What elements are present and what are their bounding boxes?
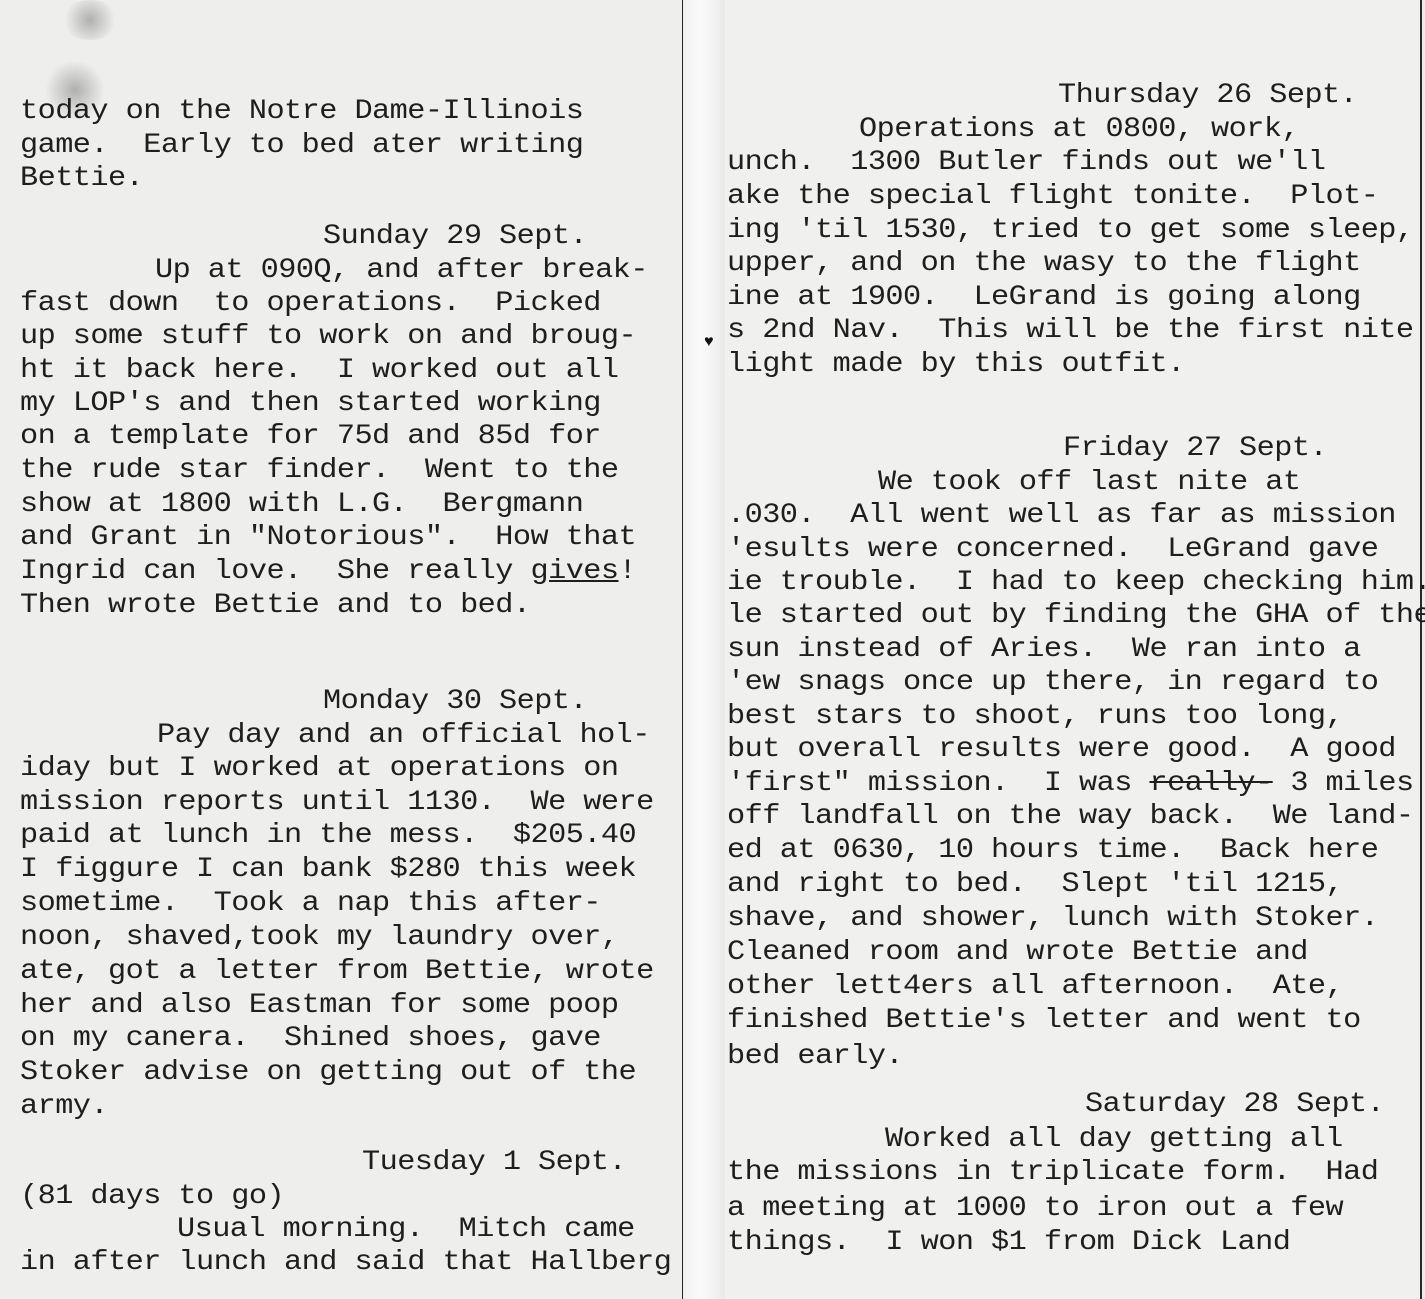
line-text: best stars to shoot, runs too long, [727,701,1343,732]
line-text: and right to bed. Slept 'til 1215, [727,869,1343,900]
left-page-line: on my canera. Shined shoes, gave [20,1022,601,1055]
line-text: I figgure I can bank $280 this week [20,854,636,885]
line-text: the rude star finder. Went to the [20,455,619,486]
left-page-line: Pay day and an official hol- [157,719,650,752]
right-page-line: off landfall on the way back. We land- [727,800,1414,833]
right-page-line: Cleaned room and wrote Bettie and [727,936,1308,969]
right-page-line: We took off last nite at [878,466,1300,499]
line-text: things. I won $1 from Dick Land [727,1227,1290,1258]
line-text: and Grant in "Notorious". How that [20,522,636,553]
line-text: (81 days to go) [20,1181,284,1212]
line-text: other lett4ers all afternoon. Ate, [727,971,1343,1002]
line-text: Thursday 26 Sept. [1058,80,1357,111]
line-text: Then wrote Bettie and to bed. [20,590,530,621]
left-page-line: Usual morning. Mitch came [177,1213,635,1246]
left-page-line: army. [20,1090,108,1123]
left-page-line: my LOP's and then started working [20,387,601,420]
left-page-line: Tuesday 1 Sept. [362,1146,626,1179]
right-page-line: shave, and shower, lunch with Stoker. [727,902,1378,935]
line-text: Monday 30 Sept. [323,686,587,717]
line-text: game. Early to bed ater writing [20,130,583,161]
left-page-line: (81 days to go) [20,1180,284,1213]
right-page-line: best stars to shoot, runs too long, [727,700,1343,733]
right-page-line: light made by this outfit. [727,348,1185,381]
line-text: up some stuff to work on and broug- [20,321,636,352]
right-page-line: bed early. [727,1040,903,1073]
right-page-line: ake the special flight tonite. Plot- [727,180,1378,213]
line-text: .030. All went well as far as mission [727,500,1396,531]
line-text: mission reports until 1130. We were [20,787,654,818]
line-text: iday but I worked at operations on [20,753,619,784]
line-text: Friday 27 Sept. [1063,433,1327,464]
left-page-line: in after lunch and said that Hallberg [20,1246,671,1279]
heart-mark-icon: ♥ [704,333,714,351]
line-text: today on the Notre Dame-Illinois [20,96,583,127]
line-text: unch. 1300 Butler finds out we'll [727,147,1326,178]
page-gutter [684,0,725,1299]
line-text: Operations at 0800, work, [859,114,1299,145]
right-page-line: but overall results were good. A good [727,733,1396,766]
line-text: 'first" mission. I was [727,768,1149,799]
line-text: but overall results were good. A good [727,734,1396,765]
left-page-line: ht it back here. I worked out all [20,354,619,387]
left-page-line: her and also Eastman for some poop [20,989,619,1022]
line-text: finished Bettie's letter and went to [727,1005,1361,1036]
left-page-line: Then wrote Bettie and to bed. [20,589,530,622]
left-page-line: the rude star finder. Went to the [20,454,619,487]
line-text: upper, and on the wasy to the flight [727,248,1361,279]
line-text-tail: ! [619,556,637,587]
left-page-line: and Grant in "Notorious". How that [20,521,636,554]
line-text: fast down to operations. Picked [20,288,601,319]
right-page-line: 'esults were concerned. LeGrand gave [727,533,1378,566]
right-page-line: 'first" mission. I was really- 3 miles [727,767,1414,800]
line-text: ht it back here. I worked out all [20,355,619,386]
right-page-line: finished Bettie's letter and went to [727,1004,1361,1037]
ink-smudge [60,0,120,40]
left-page-line: today on the Notre Dame-Illinois [20,95,583,128]
right-page-line: upper, and on the wasy to the flight [727,247,1361,280]
right-page-line: ed at 0630, 10 hours time. Back here [727,834,1378,867]
right-page-line: le started out by finding the GHA of the [727,599,1425,632]
right-page-line: sun instead of Aries. We ran into a [727,633,1361,666]
line-text: 'esults were concerned. LeGrand gave [727,534,1378,565]
line-text: ake the special flight tonite. Plot- [727,181,1378,212]
line-text: on a template for 75d and 85d for [20,421,601,452]
struck-word: really- [1149,768,1272,799]
left-page-line: Monday 30 Sept. [323,685,587,718]
line-text: ate, got a letter from Bettie, wrote [20,956,654,987]
right-page-line: things. I won $1 from Dick Land [727,1226,1290,1259]
left-page-line: fast down to operations. Picked [20,287,601,320]
line-text: Sunday 29 Sept. [323,221,587,252]
right-page-line: Thursday 26 Sept. [1058,79,1357,112]
left-page-line: Up at 090Q, and after break- [155,254,648,287]
line-text: ed at 0630, 10 hours time. Back here [727,835,1378,866]
right-page-line: Operations at 0800, work, [859,113,1299,146]
right-page-line: Worked all day getting all [885,1123,1343,1156]
left-page-line: show at 1800 with L.G. Bergmann [20,488,583,521]
line-text: sun instead of Aries. We ran into a [727,634,1361,665]
line-text: ine at 1900. LeGrand is going along [727,282,1361,313]
line-text: Cleaned room and wrote Bettie and [727,937,1308,968]
line-text: on my canera. Shined shoes, gave [20,1023,601,1054]
line-text: ie trouble. I had to keep checking him. [727,567,1425,598]
right-page-line: Friday 27 Sept. [1063,432,1327,465]
left-page-line: game. Early to bed ater writing [20,129,583,162]
line-text: a meeting at 1000 to iron out a few [727,1193,1343,1224]
line-text: off landfall on the way back. We land- [727,801,1414,832]
right-page-line: unch. 1300 Butler finds out we'll [727,146,1326,179]
left-page-line: noon, shaved,took my laundry over, [20,921,619,954]
line-text: 'ew snags once up there, in regard to [727,667,1378,698]
line-text: le started out by finding the GHA of the [727,600,1425,631]
left-page-line: I figgure I can bank $280 this week [20,853,636,886]
right-page-line: ing 'til 1530, tried to get some sleep, [727,214,1414,247]
line-text: the missions in triplicate form. Had [727,1157,1378,1188]
line-text: Usual morning. Mitch came [177,1214,635,1245]
line-text: bed early. [727,1041,903,1072]
line-text: noon, shaved,took my laundry over, [20,922,619,953]
left-page-line: Sunday 29 Sept. [323,220,587,253]
line-text: We took off last nite at [878,467,1300,498]
right-page-line: .030. All went well as far as mission [727,499,1396,532]
line-text: army. [20,1091,108,1122]
line-text: show at 1800 with L.G. Bergmann [20,489,583,520]
line-text-tail: 3 miles [1273,768,1414,799]
line-text: my LOP's and then started working [20,388,601,419]
left-page-line: up some stuff to work on and broug- [20,320,636,353]
left-page-line: sometime. Took a nap this after- [20,887,601,920]
left-page-line: iday but I worked at operations on [20,752,619,785]
left-page-line: ate, got a letter from Bettie, wrote [20,955,654,988]
right-page-line: s 2nd Nav. This will be the first nite [727,314,1414,347]
line-text: Tuesday 1 Sept. [362,1147,626,1178]
right-page-line: the missions in triplicate form. Had [727,1156,1378,1189]
line-text: Worked all day getting all [885,1124,1343,1155]
line-text: Stoker advise on getting out of the [20,1057,636,1088]
left-page-line: Stoker advise on getting out of the [20,1056,636,1089]
line-text: her and also Eastman for some poop [20,990,619,1021]
left-page-line: paid at lunch in the mess. $205.40 [20,819,636,852]
line-text: ing 'til 1530, tried to get some sleep, [727,215,1414,246]
line-text: Up at 090Q, and after break- [155,255,648,286]
line-text: Pay day and an official hol- [157,720,650,751]
right-page-line: ie trouble. I had to keep checking him. [727,566,1425,599]
left-page-line: mission reports until 1130. We were [20,786,654,819]
line-text: Bettie. [20,163,143,194]
right-page-line: 'ew snags once up there, in regard to [727,666,1378,699]
right-page-line: Saturday 28 Sept. [1085,1088,1384,1121]
line-text: Ingrid can love. She really [20,556,530,587]
left-page-line: Bettie. [20,162,143,195]
right-page-line: a meeting at 1000 to iron out a few [727,1192,1343,1225]
line-text: light made by this outfit. [727,349,1185,380]
left-page-line: Ingrid can love. She really gives! [20,555,636,588]
line-text: s 2nd Nav. This will be the first nite [727,315,1414,346]
line-text: shave, and shower, lunch with Stoker. [727,903,1378,934]
left-page-line: on a template for 75d and 85d for [20,420,601,453]
right-page-line: ine at 1900. LeGrand is going along [727,281,1361,314]
right-page-line: and right to bed. Slept 'til 1215, [727,868,1343,901]
line-text: sometime. Took a nap this after- [20,888,601,919]
underlined-word: gives [530,556,618,587]
line-text: in after lunch and said that Hallberg [20,1247,671,1278]
line-text: paid at lunch in the mess. $205.40 [20,820,636,851]
right-page-line: other lett4ers all afternoon. Ate, [727,970,1343,1003]
line-text: Saturday 28 Sept. [1085,1089,1384,1120]
